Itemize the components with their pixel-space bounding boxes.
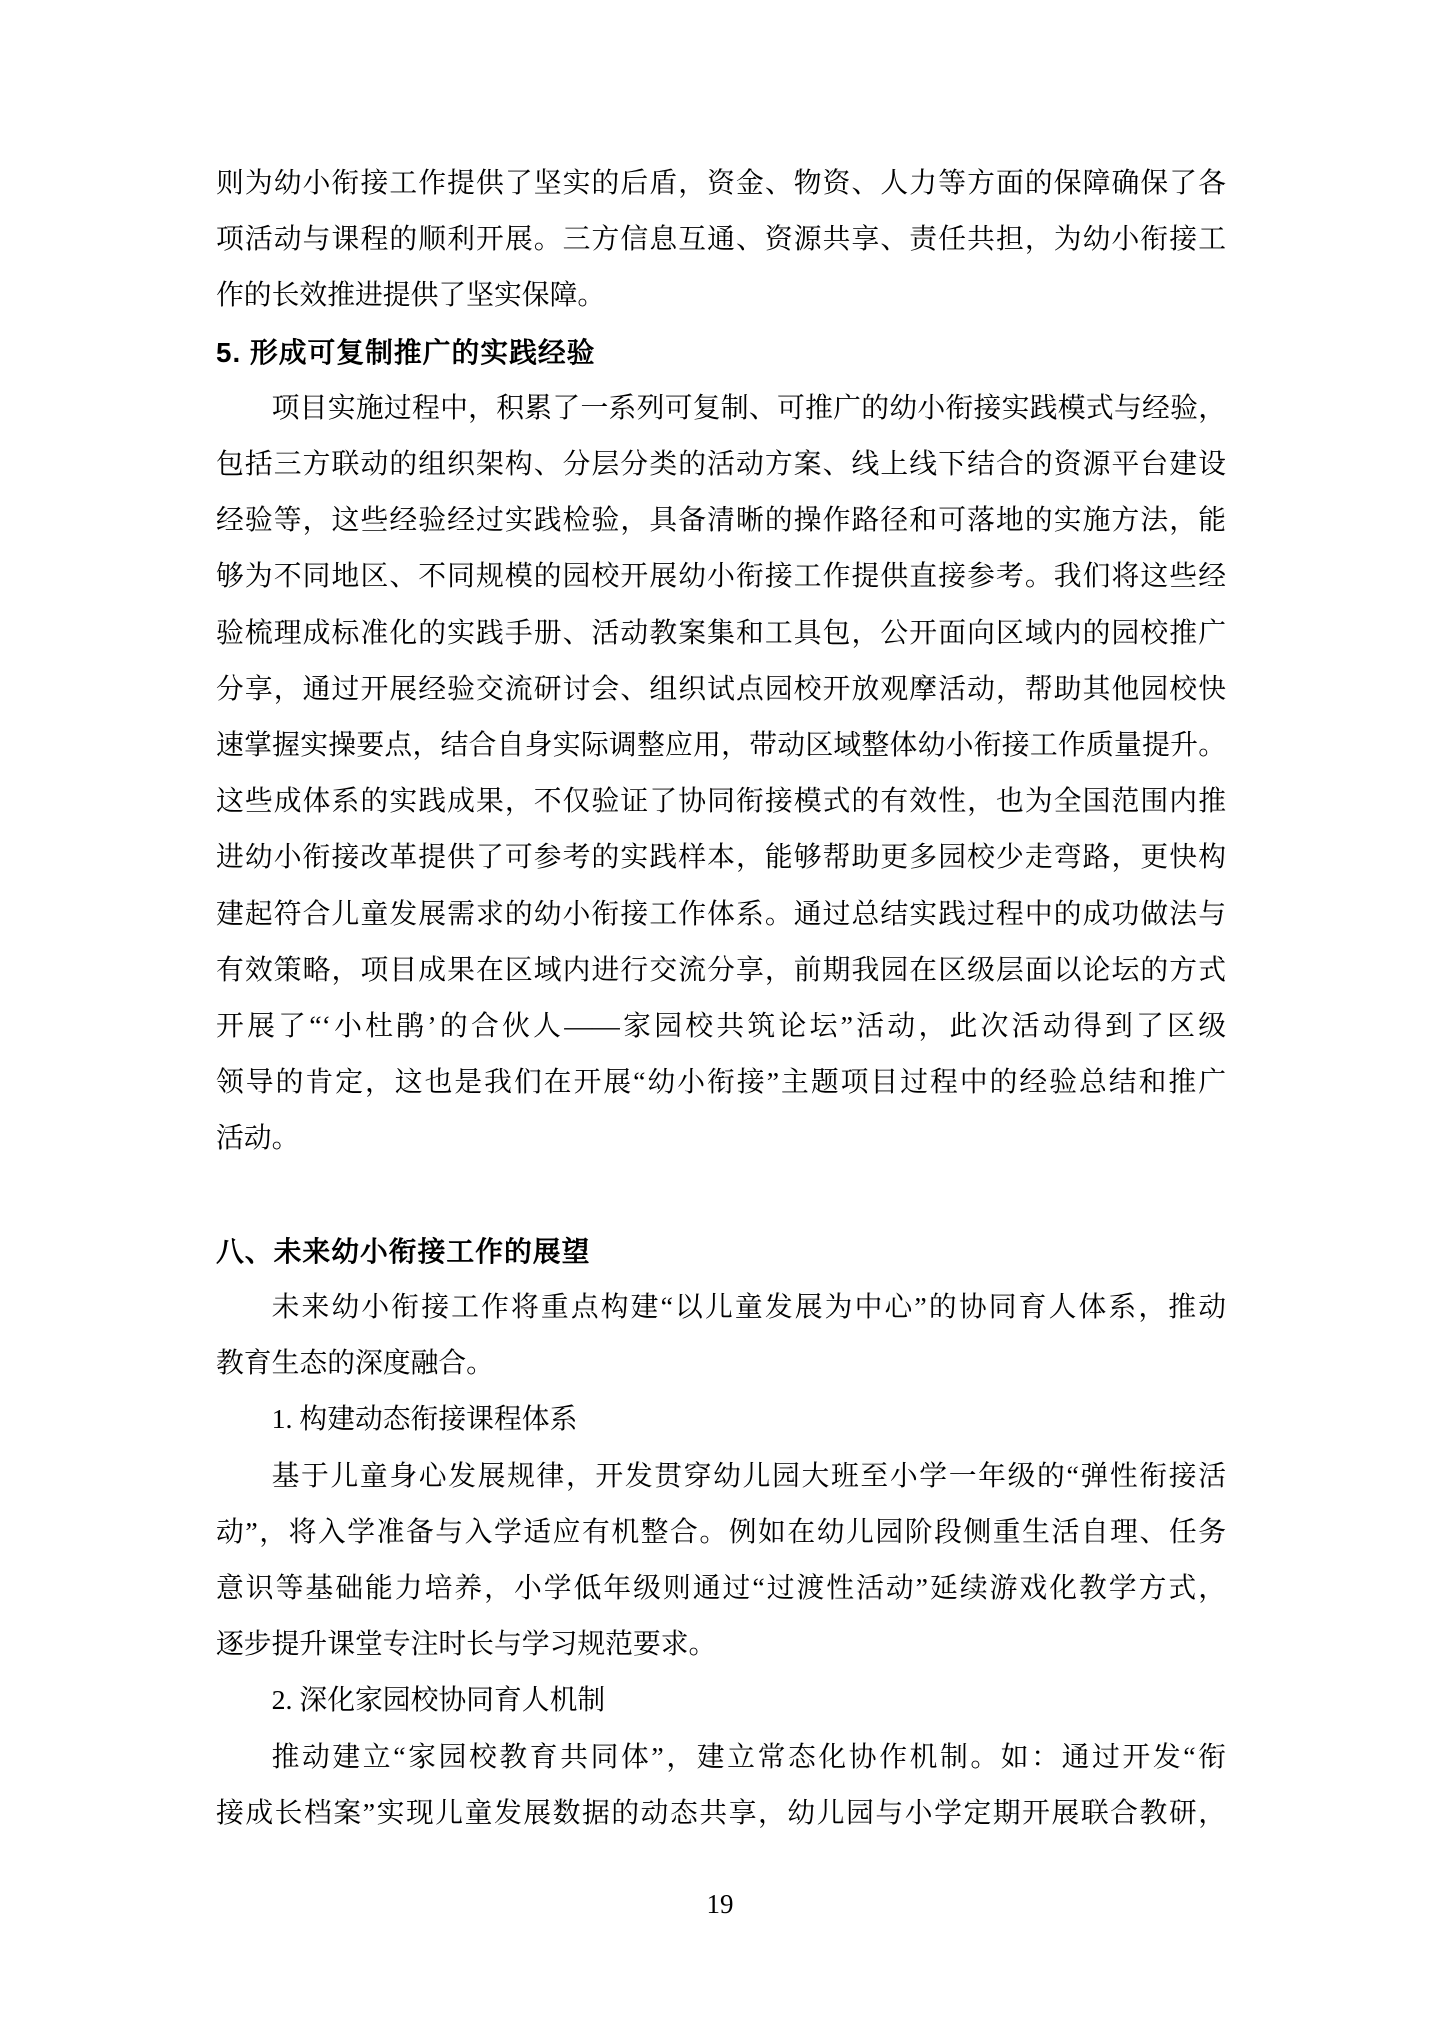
paragraph-line: 基于儿童身心发展规律，开发贯穿幼儿园大班至小学一年级的“弹性衔接活 — [216, 1449, 1226, 1505]
paragraph-line: 动”，将入学准备与入学适应有机整合。例如在幼儿园阶段侧重生活自理、任务 — [216, 1505, 1226, 1561]
paragraph-line: 分享，通过开展经验交流研讨会、组织试点园校开放观摩活动，帮助其他园校快 — [216, 662, 1226, 718]
paragraph-line: 意识等基础能力培养，小学低年级则通过“过渡性活动”延续游戏化教学方式， — [216, 1561, 1226, 1617]
paragraph-line: 建起符合儿童发展需求的幼小衔接工作体系。通过总结实践过程中的成功做法与 — [216, 887, 1226, 943]
paragraph-line: 教育生态的深度融合。 — [216, 1336, 1226, 1392]
paragraph-line: 领导的肯定，这也是我们在开展“幼小衔接”主题项目过程中的经验总结和推广 — [216, 1055, 1226, 1111]
paragraph-line: 进幼小衔接改革提供了可参考的实践样本，能够帮助更多园校少走弯路，更快构 — [216, 830, 1226, 886]
document-page: 则为幼小衔接工作提供了坚实的后盾，资金、物资、人力等方面的保障确保了各 项活动与… — [0, 0, 1440, 2036]
paragraph-line: 经验等，这些经验经过实践检验，具备清晰的操作路径和可落地的实施方法，能 — [216, 493, 1226, 549]
paragraph-line: 未来幼小衔接工作将重点构建“以儿童发展为中心”的协同育人体系，推动 — [216, 1280, 1226, 1336]
paragraph-line: 项活动与课程的顺利开展。三方信息互通、资源共享、责任共担，为幼小衔接工 — [216, 212, 1226, 268]
paragraph-line: 则为幼小衔接工作提供了坚实的后盾，资金、物资、人力等方面的保障确保了各 — [216, 156, 1226, 212]
paragraph-line: 这些成体系的实践成果，不仅验证了协同衔接模式的有效性，也为全国范围内推 — [216, 774, 1226, 830]
heading-section-8: 八、未来幼小衔接工作的展望 — [216, 1224, 1226, 1280]
paragraph-line: 有效策略，项目成果在区域内进行交流分享，前期我园在区级层面以论坛的方式 — [216, 943, 1226, 999]
paragraph-line: 验梳理成标准化的实践手册、活动教案集和工具包，公开面向区域内的园校推广 — [216, 606, 1226, 662]
paragraph-line: 逐步提升课堂专注时长与学习规范要求。 — [216, 1617, 1226, 1673]
heading-section-5: 5. 形成可复制推广的实践经验 — [216, 325, 1226, 381]
paragraph-line: 推动建立“家园校教育共同体”，建立常态化协作机制。如：通过开发“衔 — [216, 1730, 1226, 1786]
paragraph-line: 活动。 — [216, 1111, 1226, 1167]
blank-line — [216, 1168, 1226, 1224]
numbered-item-1: 1. 构建动态衔接课程体系 — [216, 1392, 1226, 1448]
page-content: 则为幼小衔接工作提供了坚实的后盾，资金、物资、人力等方面的保障确保了各 项活动与… — [216, 156, 1226, 1842]
paragraph-line: 作的长效推进提供了坚实保障。 — [216, 268, 1226, 324]
paragraph-line: 项目实施过程中，积累了一系列可复制、可推广的幼小衔接实践模式与经验， — [216, 381, 1226, 437]
paragraph-line: 接成长档案”实现儿童发展数据的动态共享，幼儿园与小学定期开展联合教研， — [216, 1786, 1226, 1842]
paragraph-line: 够为不同地区、不同规模的园校开展幼小衔接工作提供直接参考。我们将这些经 — [216, 549, 1226, 605]
paragraph-line: 速掌握实操要点，结合自身实际调整应用，带动区域整体幼小衔接工作质量提升。 — [216, 718, 1226, 774]
page-number: 19 — [0, 1884, 1440, 1924]
numbered-item-2: 2. 深化家园校协同育人机制 — [216, 1673, 1226, 1729]
paragraph-line: 包括三方联动的组织架构、分层分类的活动方案、线上线下结合的资源平台建设 — [216, 437, 1226, 493]
paragraph-line: 开展了“‘小杜鹃’的合伙人——家园校共筑论坛”活动，此次活动得到了区级 — [216, 999, 1226, 1055]
